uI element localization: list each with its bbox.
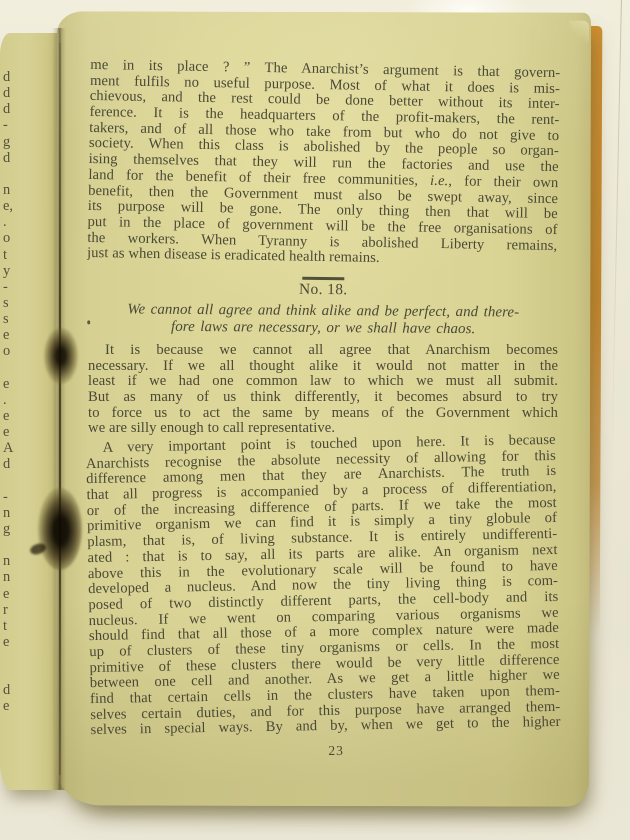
fragment-line: g xyxy=(3,521,33,537)
fragment-line: e xyxy=(3,327,33,343)
fragment-line: A xyxy=(3,440,33,456)
fragment-line xyxy=(3,360,33,376)
fragment-line: t xyxy=(3,618,33,634)
fragment-line: o xyxy=(3,343,33,359)
fragment-line: e xyxy=(3,424,33,440)
section-number-heading: No. 18. xyxy=(88,280,558,302)
fragment-line: g xyxy=(3,134,33,150)
fragment-line: n xyxy=(3,182,33,198)
fragment-line xyxy=(3,666,33,682)
text-line: necessary. If we all thought alike it wo… xyxy=(88,358,558,374)
fragment-line: e xyxy=(3,408,33,424)
page-number: 23 xyxy=(87,741,571,761)
fragment-line: e xyxy=(3,698,33,714)
fragment-line: e xyxy=(3,634,33,650)
divider-rule-line xyxy=(302,277,344,280)
text-line: No. 18. xyxy=(88,280,558,302)
text-block: me in its place ? ” The Anarchist’s argu… xyxy=(87,61,559,735)
text-line: But as many of us think differently, it … xyxy=(88,390,558,406)
fragment-line: n xyxy=(3,553,33,569)
fragment-line: d xyxy=(3,101,33,117)
fragment-line: s xyxy=(3,295,33,311)
fragment-line: o xyxy=(3,230,33,246)
paragraph: me in its place ? ” The Anarchist’s argu… xyxy=(87,58,560,270)
text-line: It is because we cannot all agree that A… xyxy=(88,343,558,359)
book-gutter-crease xyxy=(52,28,66,790)
fragment-line: - xyxy=(3,489,33,505)
facing-page-line-fragments: ddd-gd ne,.oty-sseo e.eeAd -ng nnerte de xyxy=(3,69,33,715)
section-title: We cannot all agree and think alike and … xyxy=(88,301,558,338)
fragment-line: e xyxy=(3,376,33,392)
fragment-line: d xyxy=(3,456,33,472)
gutter-stain-lower xyxy=(38,488,82,570)
fragment-line: n xyxy=(3,505,33,521)
text-line: to force us to act the same by means of … xyxy=(88,405,558,421)
paragraph: A very important point is touched upon h… xyxy=(86,433,561,739)
fragment-line: - xyxy=(3,117,33,133)
fragment-line: d xyxy=(3,85,33,101)
gutter-stain-upper xyxy=(44,328,78,384)
fragment-line xyxy=(3,650,33,666)
book-photo: ddd-gd ne,.oty-sseo e.eeAd -ng nnerte de… xyxy=(0,0,630,840)
fragment-line: s xyxy=(3,311,33,327)
fragment-line: . xyxy=(3,214,33,230)
fragment-line xyxy=(3,537,33,553)
fragment-line: - xyxy=(3,279,33,295)
fragment-line: y xyxy=(3,263,33,279)
fragment-line: . xyxy=(3,392,33,408)
fragment-line xyxy=(3,473,33,489)
fragment-line: d xyxy=(3,69,33,85)
paragraph: It is because we cannot all agree that A… xyxy=(88,343,558,437)
fragment-line: t xyxy=(3,247,33,263)
text-line: We cannot all agree and think alike and … xyxy=(88,301,558,322)
fragment-line: e, xyxy=(3,198,33,214)
fragment-line xyxy=(3,166,33,182)
page-corner-highlight xyxy=(569,21,589,43)
fragment-line: r xyxy=(3,602,33,618)
fragment-line: d xyxy=(3,682,33,698)
fragment-line: n xyxy=(3,569,33,585)
background-seam xyxy=(611,0,622,470)
book-page: me in its place ? ” The Anarchist’s argu… xyxy=(55,11,591,806)
fragment-line: d xyxy=(3,150,33,166)
fragment-line: e xyxy=(3,586,33,602)
text-line: least if we had one common law to which … xyxy=(88,374,558,390)
